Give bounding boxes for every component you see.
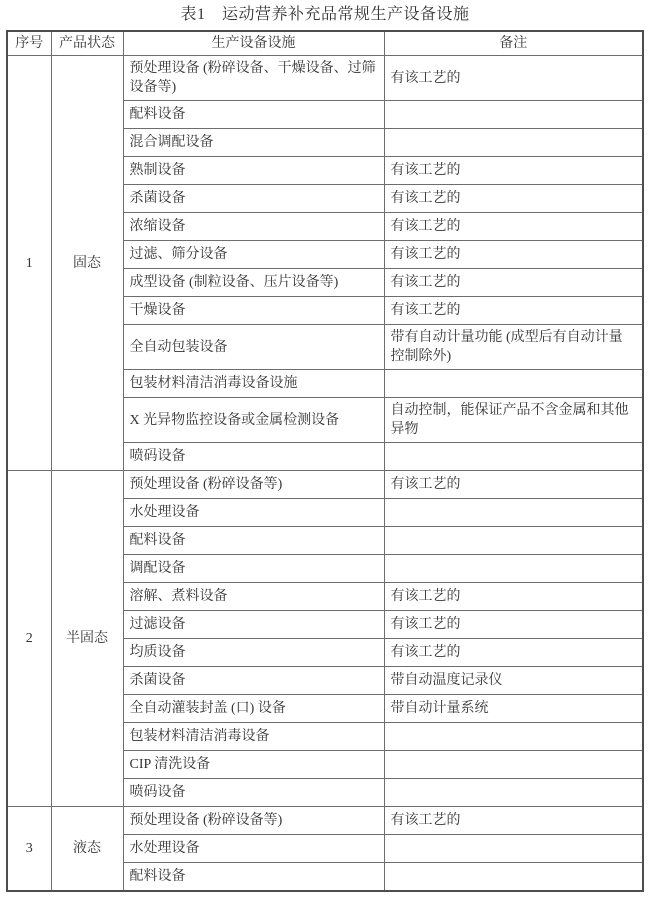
remark-cell (384, 835, 643, 863)
remark-cell (384, 527, 643, 555)
equipment-cell: 包装材料清洁消毒设备设施 (123, 370, 384, 398)
table-row: 2 半固态 预处理设备 (粉碎设备等) 有该工艺的 (7, 471, 643, 499)
header-equipment: 生产设备设施 (123, 31, 384, 56)
remark-cell: 有该工艺的 (384, 185, 643, 213)
equipment-cell: CIP 清洗设备 (123, 751, 384, 779)
table-row: 3 液态 预处理设备 (粉碎设备等) 有该工艺的 (7, 807, 643, 835)
remark-cell (384, 499, 643, 527)
equipment-cell: 杀菌设备 (123, 185, 384, 213)
equipment-cell: 均质设备 (123, 639, 384, 667)
remark-cell: 带自动温度记录仪 (384, 667, 643, 695)
header-row: 序号 产品状态 生产设备设施 备注 (7, 31, 643, 56)
remark-cell (384, 723, 643, 751)
remark-cell: 有该工艺的 (384, 241, 643, 269)
remark-cell: 有该工艺的 (384, 213, 643, 241)
equipment-cell: 水处理设备 (123, 835, 384, 863)
remark-cell (384, 443, 643, 471)
remark-cell: 有该工艺的 (384, 807, 643, 835)
equipment-cell: 配料设备 (123, 101, 384, 129)
remark-cell: 自动控制，能保证产品不含金属和其他异物 (384, 398, 643, 443)
equipment-cell: 喷码设备 (123, 779, 384, 807)
equipment-cell: 喷码设备 (123, 443, 384, 471)
equipment-cell: 杀菌设备 (123, 667, 384, 695)
document-page: 表1 运动营养补充品常规生产设备设施 序号 产品状态 生产设备设施 备注 1 固… (0, 0, 650, 911)
state-cell: 半固态 (51, 471, 123, 807)
remark-cell (384, 101, 643, 129)
header-no: 序号 (7, 31, 51, 56)
equipment-cell: 配料设备 (123, 863, 384, 891)
equipment-cell: 浓缩设备 (123, 213, 384, 241)
equipment-cell: X 光异物监控设备或金属检测设备 (123, 398, 384, 443)
remark-cell: 带自动计量系统 (384, 695, 643, 723)
equipment-cell: 配料设备 (123, 527, 384, 555)
remark-cell: 有该工艺的 (384, 56, 643, 101)
equipment-cell: 成型设备 (制粒设备、压片设备等) (123, 269, 384, 297)
serial-cell: 3 (7, 807, 51, 891)
remark-cell (384, 555, 643, 583)
state-cell: 固态 (51, 56, 123, 471)
remark-cell (384, 370, 643, 398)
remark-cell: 有该工艺的 (384, 639, 643, 667)
serial-cell: 2 (7, 471, 51, 807)
remark-cell (384, 863, 643, 891)
remark-cell (384, 779, 643, 807)
equipment-cell: 全自动包装设备 (123, 325, 384, 370)
equipment-cell: 混合调配设备 (123, 129, 384, 157)
equipment-cell: 全自动灌装封盖 (口) 设备 (123, 695, 384, 723)
equipment-cell: 干燥设备 (123, 297, 384, 325)
remark-cell (384, 751, 643, 779)
remark-cell: 有该工艺的 (384, 269, 643, 297)
equipment-cell: 水处理设备 (123, 499, 384, 527)
remark-cell: 有该工艺的 (384, 297, 643, 325)
equipment-cell: 过滤、筛分设备 (123, 241, 384, 269)
equipment-cell: 预处理设备 (粉碎设备、干燥设备、过筛设备等) (123, 56, 384, 101)
equipment-cell: 预处理设备 (粉碎设备等) (123, 807, 384, 835)
header-state: 产品状态 (51, 31, 123, 56)
equipment-cell: 预处理设备 (粉碎设备等) (123, 471, 384, 499)
serial-cell: 1 (7, 56, 51, 471)
remark-cell: 有该工艺的 (384, 611, 643, 639)
table-title: 表1 运动营养补充品常规生产设备设施 (0, 0, 650, 30)
table-row: 1 固态 预处理设备 (粉碎设备、干燥设备、过筛设备等) 有该工艺的 (7, 56, 643, 101)
state-cell: 液态 (51, 807, 123, 891)
remark-cell: 有该工艺的 (384, 471, 643, 499)
equipment-table: 序号 产品状态 生产设备设施 备注 1 固态 预处理设备 (粉碎设备、干燥设备、… (6, 30, 644, 892)
equipment-cell: 调配设备 (123, 555, 384, 583)
equipment-cell: 包装材料清洁消毒设备 (123, 723, 384, 751)
remark-cell: 有该工艺的 (384, 157, 643, 185)
remark-cell: 有该工艺的 (384, 583, 643, 611)
remark-cell (384, 129, 643, 157)
equipment-cell: 过滤设备 (123, 611, 384, 639)
equipment-cell: 溶解、煮料设备 (123, 583, 384, 611)
header-remark: 备注 (384, 31, 643, 56)
equipment-cell: 熟制设备 (123, 157, 384, 185)
remark-cell: 带有自动计量功能 (成型后有自动计量控制除外) (384, 325, 643, 370)
